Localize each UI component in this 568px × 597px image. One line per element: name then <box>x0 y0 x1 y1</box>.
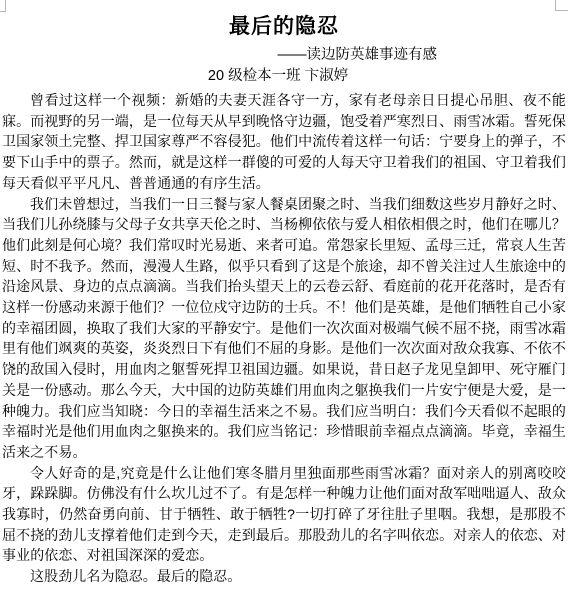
page-corner-mark-left <box>0 0 6 12</box>
paragraph: 曾看过这样一个视频：新婚的夫妻天涯各守一方，家有老母亲日日提心吊胆、夜不能寐。而… <box>2 90 566 194</box>
page-subtitle: ——读边防英雄事迹有感 <box>0 45 568 65</box>
page-corner-mark-right <box>555 0 568 11</box>
author-line: 20 级检本一班 卞淑婷 <box>0 66 568 86</box>
page-title: 最后的隐忍 <box>0 14 568 40</box>
document-header: 最后的隐忍 ——读边防英雄事迹有感 20 级检本一班 卞淑婷 <box>0 0 568 86</box>
paragraph: 这股劲儿名为隐忍。最后的隐忍。 <box>2 566 566 587</box>
paragraph: 我们未曾想过，当我们一日三餐与家人餐桌团聚之时、当我们细数这些岁月静好之时、当我… <box>2 194 566 463</box>
document-body: 曾看过这样一个视频：新婚的夫妻天涯各守一方，家有老母亲日日提心吊胆、夜不能寐。而… <box>0 90 568 587</box>
paragraph: 令人好奇的是,究竟是什么让他们寒冬腊月里独面那些雨雪冰霜？面对亲人的别离咬咬牙，… <box>2 463 566 567</box>
document-page: 最后的隐忍 ——读边防英雄事迹有感 20 级检本一班 卞淑婷 曾看过这样一个视频… <box>0 0 568 597</box>
